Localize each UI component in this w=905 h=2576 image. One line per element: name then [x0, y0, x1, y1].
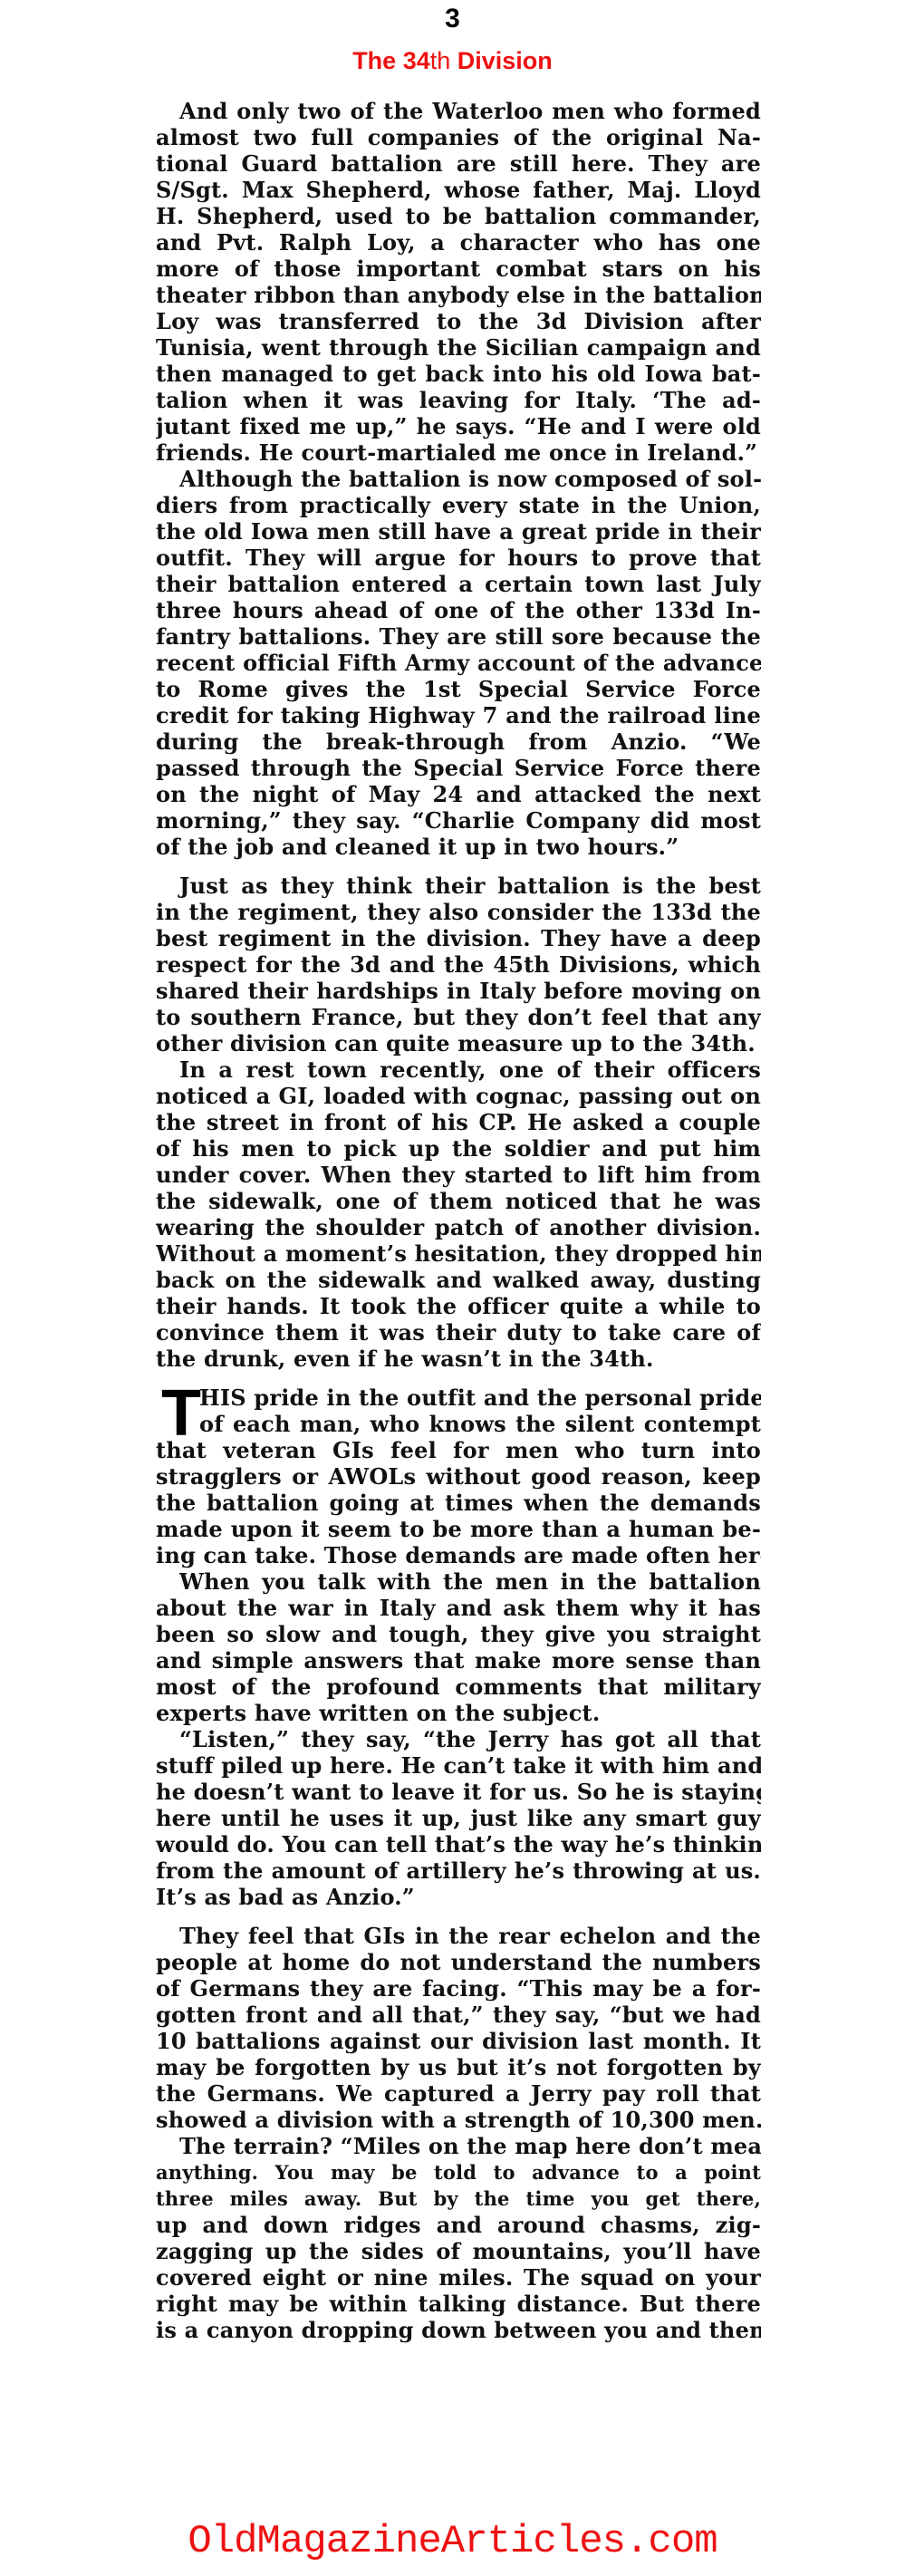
- text-line: theater ribbon than anybody else in the …: [156, 282, 761, 308]
- text-line: ing can take. Those demands are made oft…: [156, 1542, 761, 1568]
- text-line: made upon it seem to be more than a huma…: [156, 1516, 761, 1542]
- text-line: the battalion going at times when the de…: [156, 1490, 761, 1516]
- text-line: the sidewalk, one of them noticed that h…: [156, 1188, 761, 1214]
- text-line: and Pvt. Ralph Loy, a character who has …: [156, 229, 761, 256]
- text-line: wearing the shoulder patch of another di…: [156, 1214, 761, 1240]
- text-line: morning,” they say. “Charlie Company did…: [156, 807, 761, 834]
- text-line: Although the battalion is now composed o…: [156, 466, 761, 492]
- text-line: the old Iowa men still have a great prid…: [156, 518, 761, 545]
- text-line: In a rest town recently, one of their of…: [156, 1056, 761, 1083]
- text-line: the street in front of his CP. He asked …: [156, 1109, 761, 1135]
- text-line: Just as they think their battalion is th…: [156, 873, 761, 899]
- text-line: fantry battalions. They are still sore b…: [156, 623, 761, 650]
- text-line: then managed to get back into his old Io…: [156, 361, 761, 387]
- title-suffix: th: [430, 47, 451, 74]
- text-line: talion when it was leaving for Italy. ‘T…: [156, 387, 761, 413]
- article-paragraph: When you talk with the men in the battal…: [156, 1568, 761, 1726]
- text-line: recent official Fifth Army account of th…: [156, 650, 761, 676]
- text-line: other division can quite measure up to t…: [156, 1030, 761, 1056]
- article-paragraph: And only two of the Waterloo men who for…: [156, 98, 761, 466]
- text-line: Loy was transferred to the 3d Division a…: [156, 308, 761, 334]
- text-line: more of those important combat stars on …: [156, 256, 761, 282]
- text-line: during the break-through from Anzio. “We: [156, 728, 761, 755]
- text-line: of his men to pick up the soldier and pu…: [156, 1135, 761, 1162]
- text-line: best regiment in the division. They have…: [156, 925, 761, 951]
- text-line: almost two full companies of the origina…: [156, 124, 761, 150]
- text-line: from the amount of artillery he’s throwi…: [156, 1857, 761, 1884]
- article-paragraph: Although the battalion is now composed o…: [156, 466, 761, 860]
- paragraph-gap: [156, 1910, 761, 1923]
- article-body: And only two of the Waterloo men who for…: [156, 98, 761, 2343]
- text-line: It’s as bad as Anzio.”: [156, 1884, 761, 1910]
- text-line: covered eight or nine miles. The squad o…: [156, 2264, 761, 2291]
- article-paragraph: They feel that GIs in the rear echelon a…: [156, 1923, 761, 2133]
- text-line: They feel that GIs in the rear echelon a…: [156, 1923, 761, 1949]
- text-line: experts have written on the subject.: [156, 1700, 761, 1726]
- text-line: S/Sgt. Max Shepherd, whose father, Maj. …: [156, 177, 761, 203]
- article-title: The 34th Division: [0, 47, 905, 75]
- text-line: The terrain? “Miles on the map here don’…: [156, 2133, 761, 2159]
- text-line: and simple answers that make more sense …: [156, 1647, 761, 1674]
- text-line: respect for the 3d and the 45th Division…: [156, 951, 761, 978]
- text-line: he doesn’t want to leave it for us. So h…: [156, 1779, 761, 1805]
- text-line: H. Shepherd, used to be battalion comman…: [156, 203, 761, 229]
- text-line: showed a division with a strength of 10,…: [156, 2107, 761, 2133]
- text-line: is a canyon dropping down between you an…: [156, 2317, 761, 2343]
- text-line: convince them it was their duty to take …: [156, 1319, 761, 1346]
- text-line: in the regiment, they also consider the …: [156, 899, 761, 925]
- text-line: gotten front and all that,” they say, “b…: [156, 2002, 761, 2028]
- text-line: the drunk, even if he wasn’t in the 34th…: [156, 1346, 761, 1372]
- page-number: 3: [0, 4, 905, 34]
- paragraph-gap: [156, 860, 761, 873]
- text-line: back on the sidewalk and walked away, du…: [156, 1267, 761, 1293]
- text-line: under cover. When they started to lift h…: [156, 1162, 761, 1188]
- text-line: of the job and cleaned it up in two hour…: [156, 834, 761, 860]
- text-line: zagging up the sides of mountains, you’l…: [156, 2238, 761, 2264]
- article-paragraph: Just as they think their battalion is th…: [156, 873, 761, 1056]
- text-line: diers from practically every state in th…: [156, 492, 761, 518]
- text-line: shared their hardships in Italy before m…: [156, 978, 761, 1004]
- text-line: stragglers or AWOLs without good reason,…: [156, 1463, 761, 1490]
- drop-cap: T: [161, 1388, 201, 1439]
- text-line: passed through the Special Service Force…: [156, 755, 761, 781]
- text-line: the Germans. We captured a Jerry pay rol…: [156, 2080, 761, 2107]
- text-line: that veteran GIs feel for men who turn i…: [156, 1437, 761, 1463]
- text-line: on the night of May 24 and attacked the …: [156, 781, 761, 807]
- site-watermark: OldMagazineArticles.com: [0, 2519, 905, 2564]
- text-line: their hands. It took the officer quite a…: [156, 1293, 761, 1319]
- text-line: up and down ridges and around chasms, zi…: [156, 2212, 761, 2238]
- text-line: outfit. They will argue for hours to pro…: [156, 545, 761, 571]
- text-line: three hours ahead of one of the other 13…: [156, 597, 761, 623]
- text-line: Tunisia, went through the Sicilian campa…: [156, 334, 761, 361]
- article-paragraph: THIS pride in the outfit and the persona…: [156, 1384, 761, 1568]
- text-line: people at home do not understand the num…: [156, 1949, 761, 1975]
- text-line: may be forgotten by us but it’s not forg…: [156, 2054, 761, 2080]
- text-line: anything. You may be told to advance to …: [156, 2159, 761, 2185]
- text-line: Without a moment’s hesitation, they drop…: [156, 1240, 761, 1267]
- text-line: 10 battalions against our division last …: [156, 2028, 761, 2054]
- text-line: jutant fixed me up,” he says. “He and I …: [156, 413, 761, 439]
- text-line: noticed a GI, loaded with cognac, passin…: [156, 1083, 761, 1109]
- text-line: about the war in Italy and ask them why …: [156, 1595, 761, 1621]
- paragraph-gap: [156, 1372, 761, 1384]
- title-main: The 34: [352, 47, 430, 74]
- text-line: three miles away. But by the time you ge…: [156, 2185, 761, 2212]
- text-line: HIS pride in the outfit and the personal…: [156, 1384, 761, 1411]
- text-line: of Germans they are facing. “This may be…: [156, 1975, 761, 2002]
- text-line: stuff piled up here. He can’t take it wi…: [156, 1752, 761, 1779]
- text-line: “Listen,” they say, “the Jerry has got a…: [156, 1726, 761, 1752]
- text-line: friends. He court-martialed me once in I…: [156, 439, 761, 466]
- title-tail: Division: [450, 47, 553, 74]
- text-line: of each man, who knows the silent contem…: [156, 1411, 761, 1437]
- text-line: right may be within talking distance. Bu…: [156, 2291, 761, 2317]
- text-line: credit for taking Highway 7 and the rail…: [156, 702, 761, 728]
- article-paragraph: “Listen,” they say, “the Jerry has got a…: [156, 1726, 761, 1910]
- text-line: to southern France, but they don’t feel …: [156, 1004, 761, 1030]
- text-line: And only two of the Waterloo men who for…: [156, 98, 761, 124]
- text-line: their battalion entered a certain town l…: [156, 571, 761, 597]
- text-line: tional Guard battalion are still here. T…: [156, 150, 761, 177]
- article-paragraph: The terrain? “Miles on the map here don’…: [156, 2133, 761, 2343]
- text-line: been so slow and tough, they give you st…: [156, 1621, 761, 1647]
- text-line: here until he uses it up, just like any …: [156, 1805, 761, 1831]
- text-line: would do. You can tell that’s the way he…: [156, 1831, 761, 1857]
- text-line: to Rome gives the 1st Special Service Fo…: [156, 676, 761, 702]
- text-line: most of the profound comments that milit…: [156, 1674, 761, 1700]
- article-paragraph: In a rest town recently, one of their of…: [156, 1056, 761, 1372]
- text-line: When you talk with the men in the battal…: [156, 1568, 761, 1595]
